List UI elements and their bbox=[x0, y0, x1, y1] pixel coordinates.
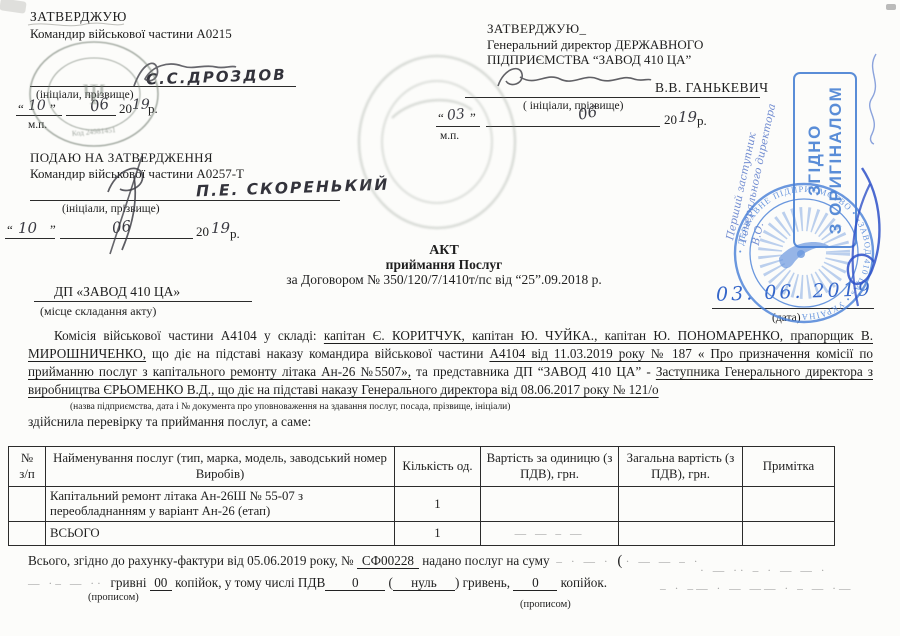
cell-unit-price: — — – — bbox=[481, 522, 619, 546]
stamp-code: Код 24981451 bbox=[72, 125, 117, 138]
totals-text: ) гривень, bbox=[455, 575, 510, 590]
cell-service-name: Капітальний ремонт літака Ан-26Ш № 55-07… bbox=[46, 487, 395, 522]
commission-paragraph: Комісія військової частини А4104 у склад… bbox=[28, 327, 873, 399]
header-num: №з/п bbox=[9, 447, 46, 487]
place-underline bbox=[34, 301, 252, 302]
redacted-dashes: — ·– — ·· bbox=[28, 578, 104, 590]
table-row: Капітальний ремонт літака Ан-26Ш № 55-07… bbox=[9, 487, 835, 522]
trident-emblem: Ψ bbox=[83, 78, 106, 111]
paren-open: ( bbox=[617, 553, 622, 569]
totals-text: копійок. bbox=[561, 575, 607, 590]
vat-amount: 0 bbox=[325, 576, 385, 591]
act-subtitle: приймання Послуг bbox=[194, 257, 694, 273]
quote-open: “ bbox=[7, 222, 13, 238]
paragraph-text: Комісія військової частини А4104 у склад… bbox=[54, 328, 324, 343]
year-suffix: р. bbox=[697, 113, 707, 129]
scan-smudge bbox=[0, 0, 27, 14]
year-handwritten: 19 bbox=[211, 219, 230, 237]
header-name: Найменування послуг (тип, марка, модель,… bbox=[46, 447, 395, 487]
signature-line bbox=[30, 200, 340, 201]
initials-caption: ( ініціали, прізвище) bbox=[523, 100, 623, 112]
year-printed: 20 bbox=[196, 224, 209, 240]
header-unit-price: Вартість за одиницю (з ПДВ), грн. bbox=[481, 447, 619, 487]
table-total-row: ВСЬОГО 1 — — – — bbox=[9, 522, 835, 546]
cell-qty: 1 bbox=[395, 487, 481, 522]
cell-num bbox=[9, 487, 46, 522]
cell-note bbox=[743, 522, 835, 546]
services-table: №з/п Найменування послуг (тип, марка, мо… bbox=[8, 446, 835, 546]
redacted-dashes: — — – — bbox=[515, 528, 585, 540]
header-note: Примітка bbox=[743, 447, 835, 487]
cell-total-price bbox=[619, 487, 743, 522]
totals-text: надано послуг на суму bbox=[422, 553, 549, 568]
paragraph-text: що діє на підставі наказу командира війс… bbox=[146, 346, 489, 361]
cell-total-label: ВСЬОГО bbox=[46, 522, 395, 546]
propysom-caption: (прописом) bbox=[88, 592, 139, 603]
totals-line2: — ·– — ·· гривні 00 копійок, у тому числ… bbox=[28, 575, 607, 591]
cell-note bbox=[743, 487, 835, 522]
cell-qty: 1 bbox=[395, 522, 481, 546]
cell-total-price bbox=[619, 522, 743, 546]
header-num-line2: з/п bbox=[13, 467, 41, 483]
signature-scribble-blue bbox=[818, 162, 896, 314]
year-suffix: р. bbox=[230, 226, 240, 242]
quote-close: ” bbox=[50, 222, 56, 238]
paragraph-closing: здійснила перевірку та приймання послуг,… bbox=[28, 414, 311, 430]
scan-smudge bbox=[886, 4, 896, 10]
kopecks-2: 0 bbox=[513, 576, 557, 591]
redacted-dashes: – · –— · — —— · – — ·— bbox=[660, 583, 853, 595]
place-caption: (місце складання акту) bbox=[40, 304, 156, 319]
totals-text: копійок, у тому числі ПДВ bbox=[175, 575, 325, 590]
year-printed: 20 bbox=[664, 112, 677, 128]
header-num-line1: № bbox=[13, 451, 41, 467]
header-total-price: Загальна вартість (з ПДВ), грн. bbox=[619, 447, 743, 487]
totals-line1: Всього, згідно до рахунку-фактури від 05… bbox=[28, 553, 701, 570]
table-header-row: №з/п Найменування послуг (тип, марка, мо… bbox=[9, 447, 835, 487]
year-handwritten: 19 bbox=[678, 108, 697, 126]
round-stamp-military: Ψ Код 24981451 bbox=[24, 38, 164, 150]
redacted-dashes: · — ·· – · — — · bbox=[700, 565, 828, 577]
round-stamp-faint bbox=[352, 48, 522, 236]
approve-right-title: ЗАТВЕРДЖУЮ_ bbox=[487, 21, 586, 37]
paragraph-text: та представника ДП “ЗАВОД 410 ЦА” - bbox=[411, 364, 656, 379]
place-value: ДП «ЗАВОД 410 ЦА» bbox=[54, 284, 180, 300]
signature-scribble bbox=[78, 150, 178, 258]
kopecks-00: 00 bbox=[150, 576, 172, 591]
paragraph-caption: (назва підприємства, дата і № документа … bbox=[70, 402, 510, 412]
cell-unit-price bbox=[481, 487, 619, 522]
pen-scribble-blue bbox=[856, 50, 896, 146]
invoice-number: СФ00228 bbox=[357, 554, 419, 569]
totals-text: Всього, згідно до рахунку-фактури від 05… bbox=[28, 553, 354, 568]
cell-num bbox=[9, 522, 46, 546]
redacted-dashes: – · — · bbox=[556, 556, 611, 568]
day-handwritten: 10 bbox=[18, 219, 37, 237]
totals-text: гривні bbox=[110, 575, 146, 590]
vat-words: нуль bbox=[393, 576, 455, 591]
approver-name: В.В. ГАНЬКЕВИЧ bbox=[655, 80, 769, 96]
contract-reference: за Договором № 350/120/7/1410т/пс від “2… bbox=[194, 272, 694, 288]
propysom-caption: (прописом) bbox=[520, 599, 571, 610]
redacted-dashes: · — — – · bbox=[626, 556, 701, 568]
day-blank-line bbox=[5, 238, 55, 239]
month-handwritten: 06 bbox=[576, 102, 598, 124]
header-qty: Кількість од. bbox=[395, 447, 481, 487]
